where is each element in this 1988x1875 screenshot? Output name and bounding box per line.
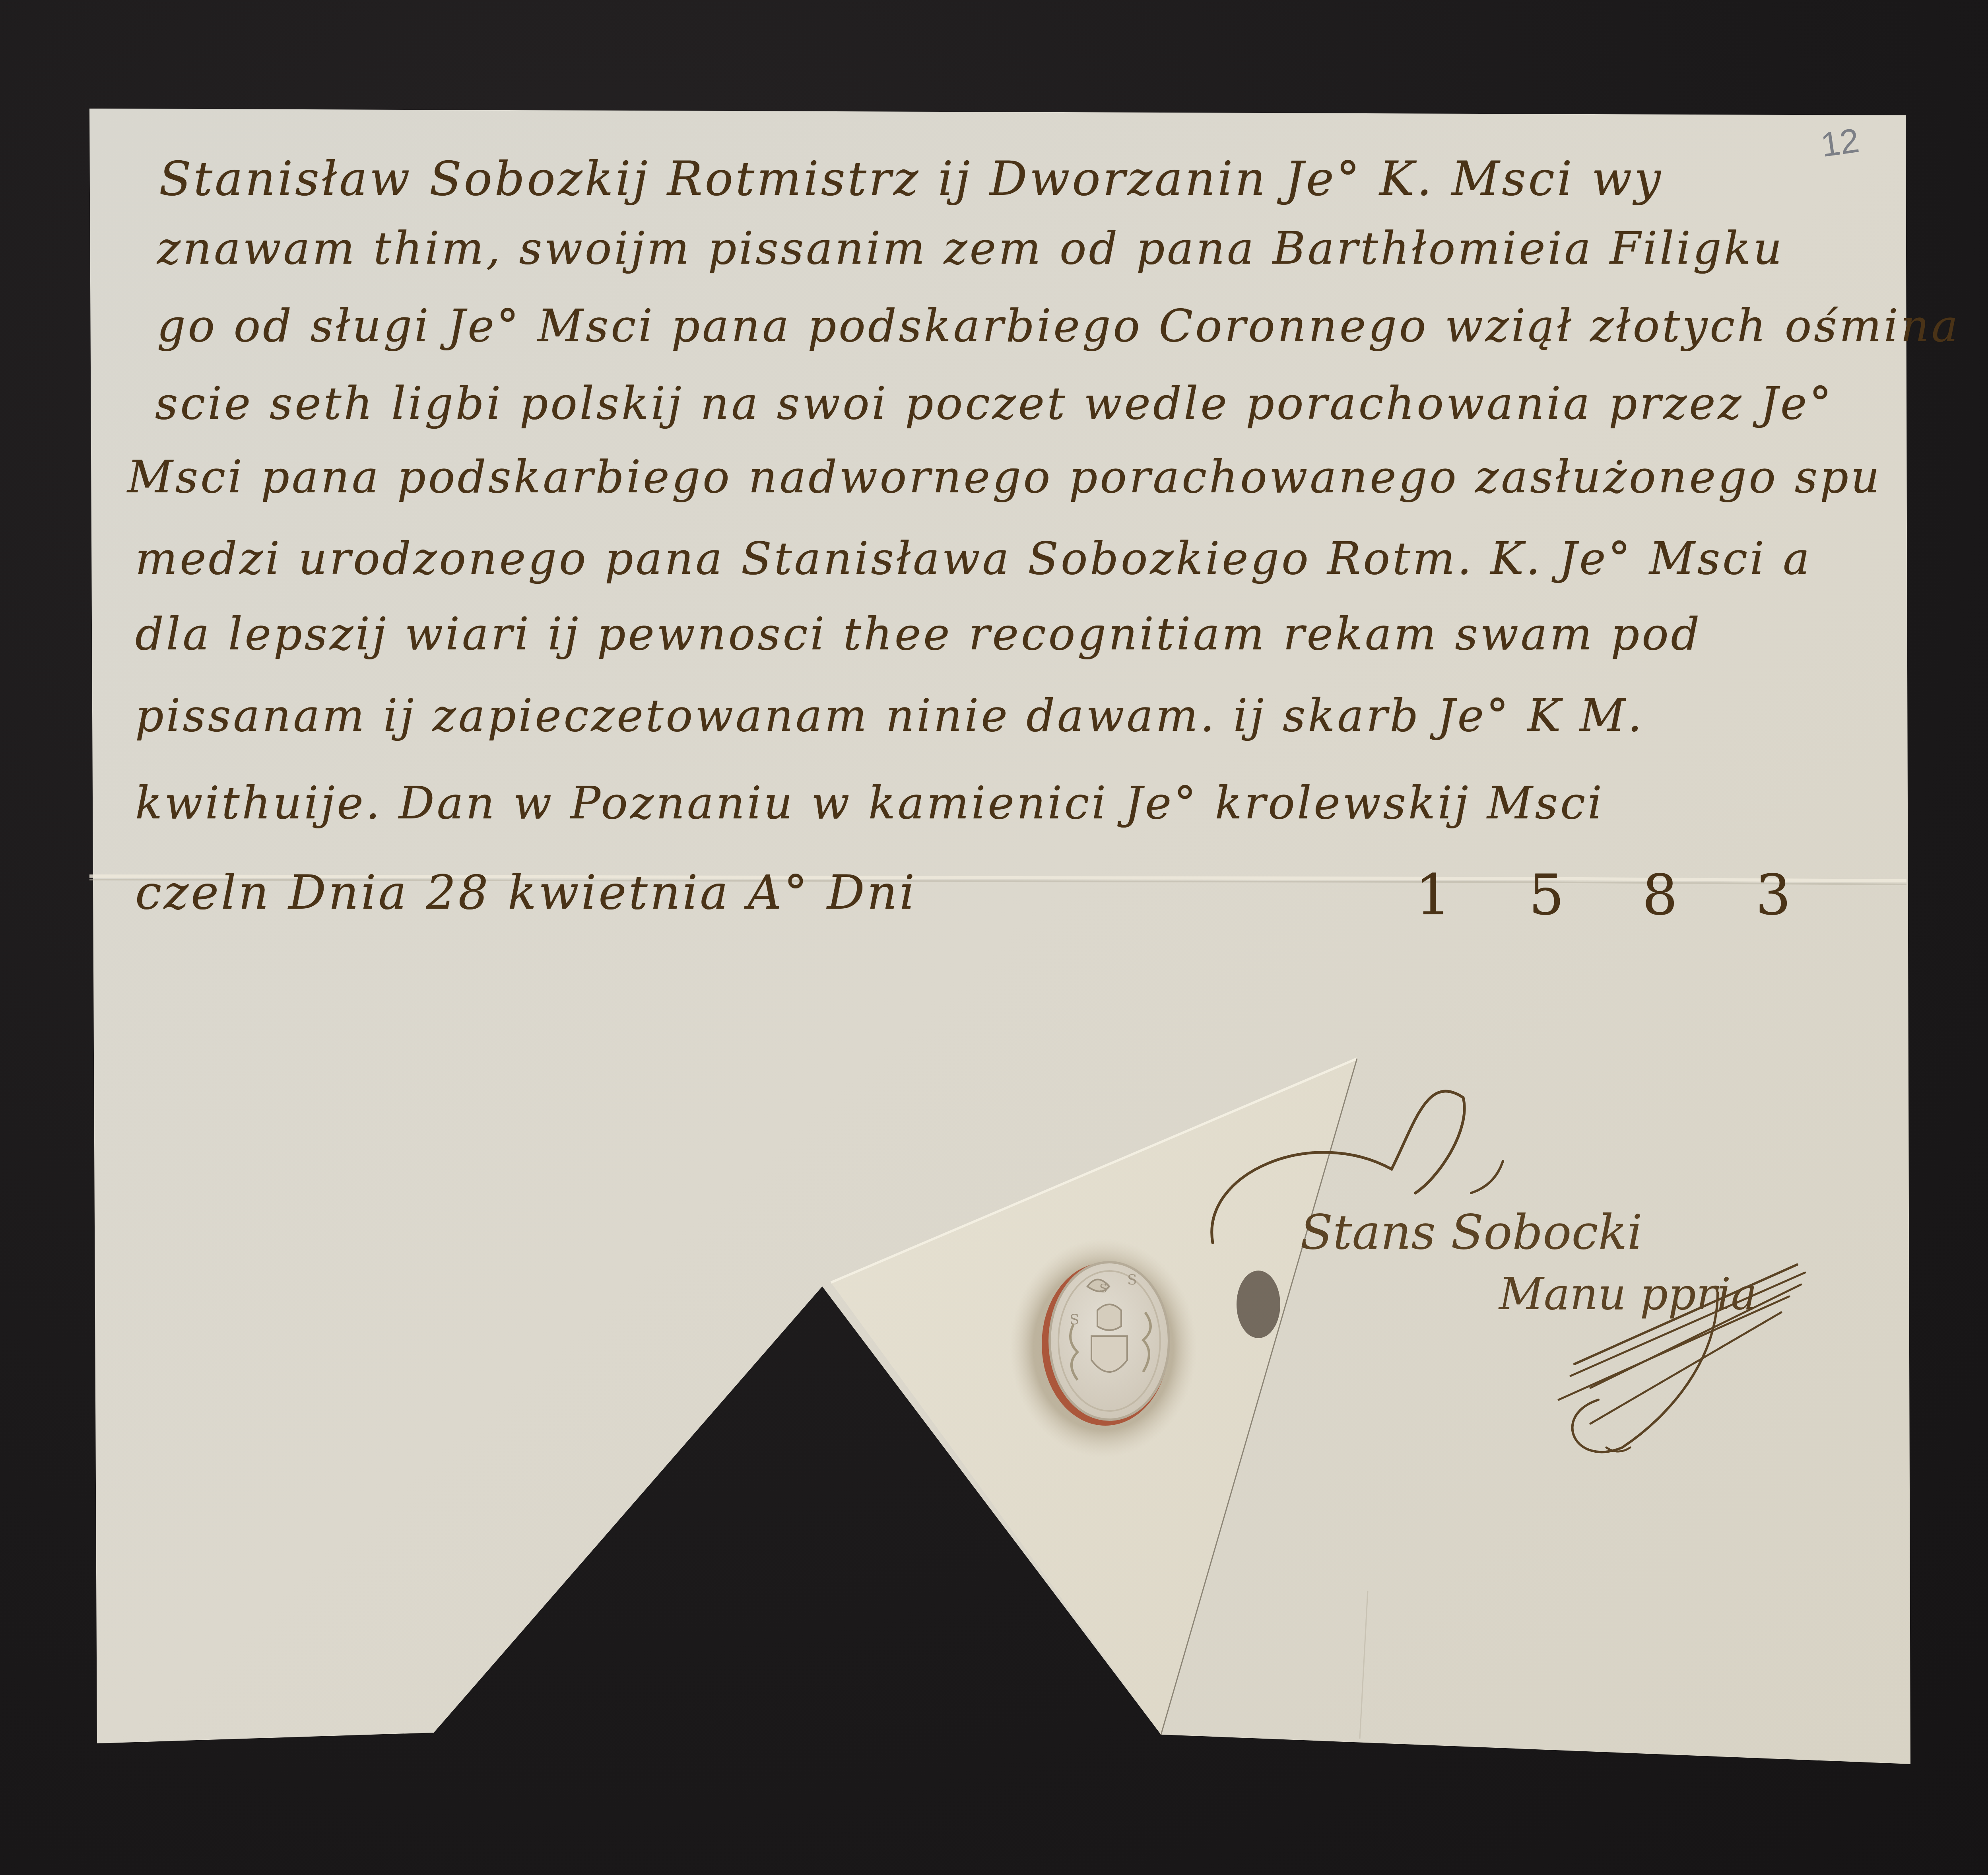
signature-name: Stans Sobocki bbox=[1300, 1205, 1642, 1260]
year-digit-4: 3 bbox=[1755, 863, 1793, 928]
text-line-9: kwithuije. Dan w Poznaniu w kamienici Je… bbox=[135, 777, 1604, 829]
date-year: 1583 bbox=[1415, 863, 1793, 928]
year-digit-2: 5 bbox=[1529, 863, 1567, 928]
year-digit-1: 1 bbox=[1415, 863, 1453, 928]
text-line-2: znawam thim, swoijm pissanim zem od pana… bbox=[157, 223, 1784, 274]
paper-main bbox=[89, 109, 1910, 1764]
text-line-4: scie seth ligbi polskij na swoi poczet w… bbox=[155, 378, 1834, 429]
text-line-5: Msci pana podskarbiego nadwornego porach… bbox=[127, 451, 1882, 503]
text-line-8: pissanam ij zapieczetowanam ninie dawam.… bbox=[135, 690, 1644, 742]
text-line-7: dla lepszij wiari ij pewnosci thee recog… bbox=[135, 608, 1702, 660]
year-digit-3: 8 bbox=[1642, 863, 1680, 928]
signature-manu-propria: Manu ppria bbox=[1499, 1269, 1757, 1319]
paper-sheet: S S S bbox=[0, 0, 1988, 1875]
text-line-6: medzi urodzonego pana Stanisława Sobozki… bbox=[135, 533, 1812, 585]
folio-number: 12 bbox=[1819, 121, 1862, 165]
svg-text:S: S bbox=[1070, 1312, 1079, 1328]
wax-seal: S S S bbox=[1010, 1239, 1197, 1457]
svg-text:S: S bbox=[1127, 1272, 1137, 1288]
text-line-3: go od sługi Je° Msci pana podskarbiego C… bbox=[157, 300, 1961, 352]
svg-text:S: S bbox=[1099, 1282, 1108, 1296]
text-line-10: czeln Dnia 28 kwietnia A° Dni bbox=[135, 865, 917, 920]
text-line-1: Stanisław Sobozkij Rotmistrz ij Dworzani… bbox=[159, 151, 1663, 206]
